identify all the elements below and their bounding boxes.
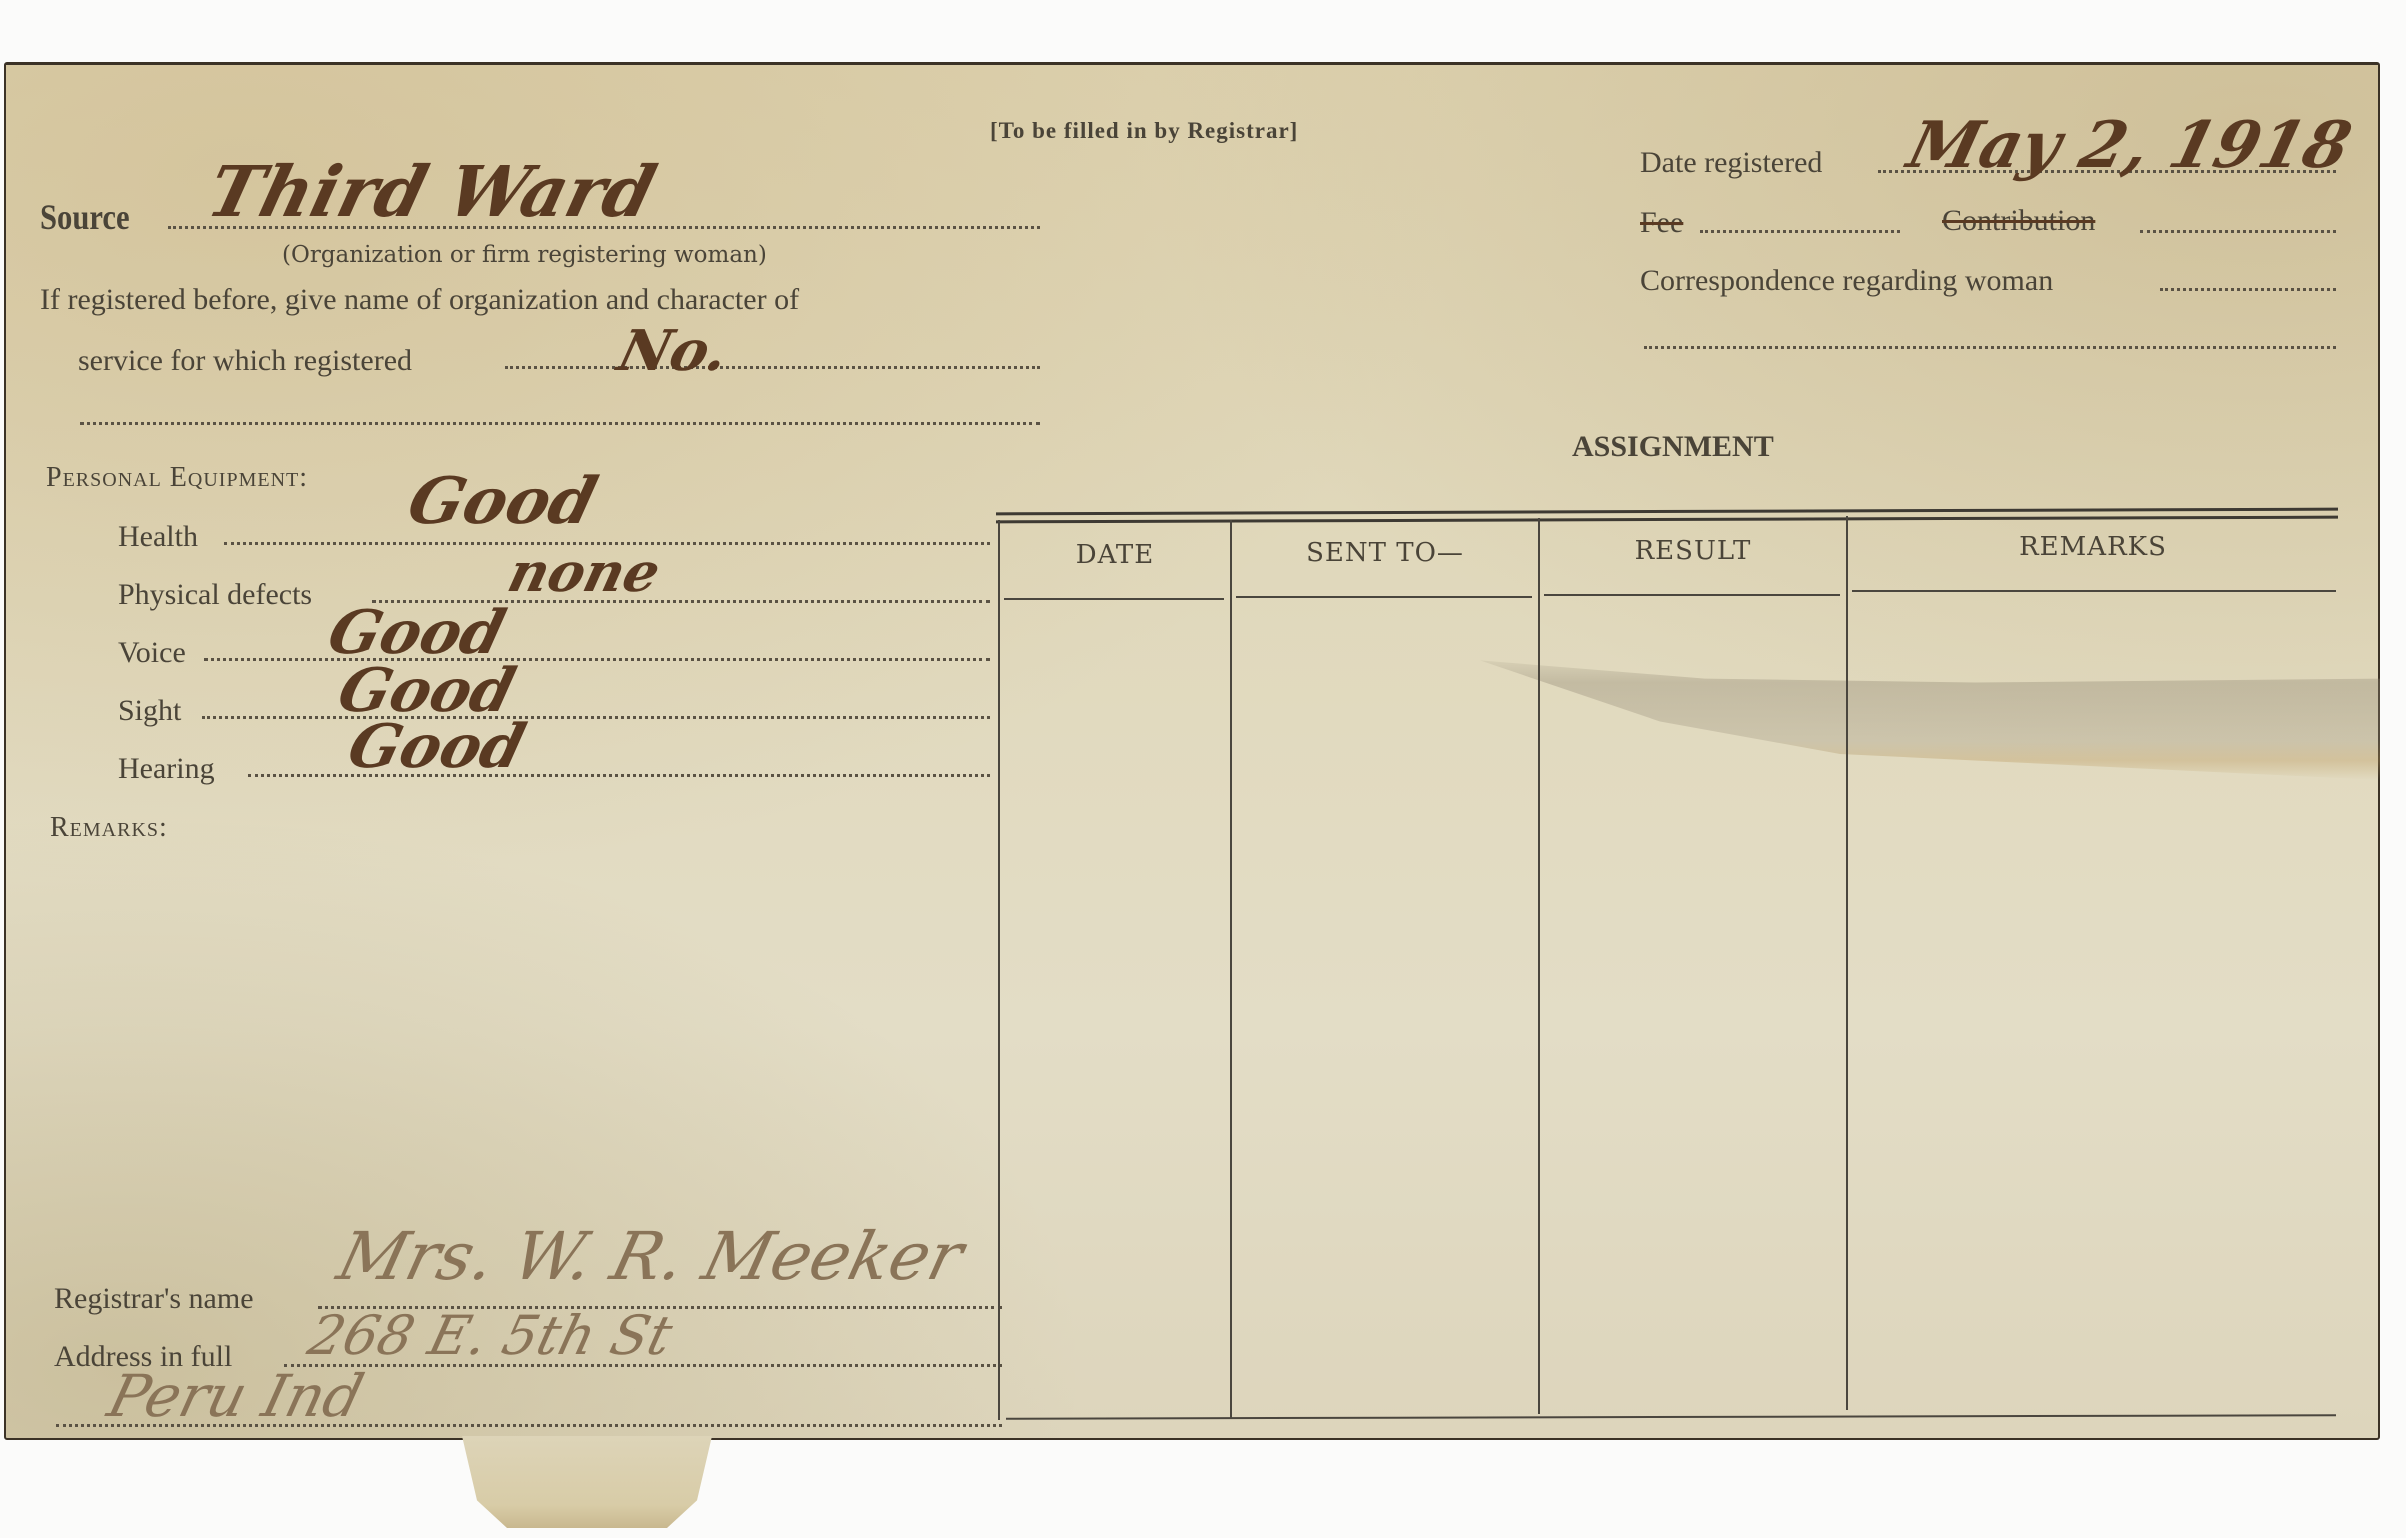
date-registered-label: Date registered (1640, 146, 1822, 180)
previous-registration-prompt-line2: service for which registered (78, 344, 412, 378)
date-registered-value[interactable]: May 2, 1918 (1901, 108, 2359, 183)
table-cell-remarks[interactable] (1850, 594, 2336, 1408)
source-caption: (Organization or firm registering woman) (282, 242, 767, 268)
sight-line (202, 716, 990, 719)
hearing-value[interactable]: Good (341, 712, 532, 782)
column-divider-2 (1538, 518, 1540, 1414)
header-underline-date (1004, 598, 1224, 600)
previous-registration-line-2 (80, 422, 1040, 425)
health-label: Health (118, 520, 198, 554)
voice-label: Voice (118, 636, 186, 670)
table-cell-date[interactable] (1002, 602, 1228, 1412)
registrar-name-label: Registrar's name (54, 1282, 254, 1316)
sight-label: Sight (118, 694, 181, 728)
physical-defects-label: Physical defects (118, 578, 312, 612)
registrar-note: [To be filled in by Registrar] (990, 118, 1298, 144)
source-value[interactable]: Third Ward (200, 150, 664, 233)
personal-equipment-heading: Personal Equipment: (46, 462, 308, 494)
column-divider-1 (1230, 520, 1232, 1418)
contribution-line (2140, 230, 2336, 233)
header-underline-sent-to (1236, 596, 1532, 598)
address-line1-value[interactable]: 268 E. 5th St (302, 1304, 678, 1367)
fee-label: Fee (1640, 206, 1683, 240)
header-underline-remarks (1852, 590, 2336, 592)
remarks-area[interactable] (50, 850, 990, 1250)
previous-registration-value[interactable]: No. (612, 318, 736, 384)
column-divider-3 (1846, 516, 1848, 1410)
card-tab (462, 1436, 712, 1528)
table-cell-result[interactable] (1542, 598, 1844, 1408)
physical-defects-value[interactable]: none (502, 540, 667, 604)
header-underline-result (1544, 594, 1840, 596)
fee-line (1700, 230, 1900, 233)
source-label: Source (40, 196, 130, 238)
registrar-name-value[interactable]: Mrs. W. R. Meeker (330, 1218, 970, 1295)
table-cell-sent-to[interactable] (1234, 600, 1536, 1410)
correspondence-label: Correspondence regarding woman (1640, 264, 2053, 298)
previous-registration-line (505, 366, 1040, 369)
correspondence-line (2160, 288, 2336, 291)
table-left-border (998, 520, 1000, 1420)
column-header-result: RESULT (1540, 536, 1846, 566)
assignment-title: ASSIGNMENT (1572, 430, 1774, 464)
remarks-label: Remarks: (50, 812, 168, 844)
contribution-label: Contribution (1942, 204, 2095, 238)
address-line2-value[interactable]: Peru Ind (102, 1362, 371, 1430)
column-header-sent-to: SENT TO— (1232, 538, 1538, 568)
previous-registration-prompt: If registered before, give name of organ… (40, 283, 799, 317)
column-header-date: DATE (1000, 540, 1230, 570)
hearing-label: Hearing (118, 752, 215, 786)
column-header-remarks: REMARKS (1848, 532, 2338, 562)
health-value[interactable]: Good (401, 464, 604, 539)
correspondence-line-2 (1644, 346, 2336, 349)
